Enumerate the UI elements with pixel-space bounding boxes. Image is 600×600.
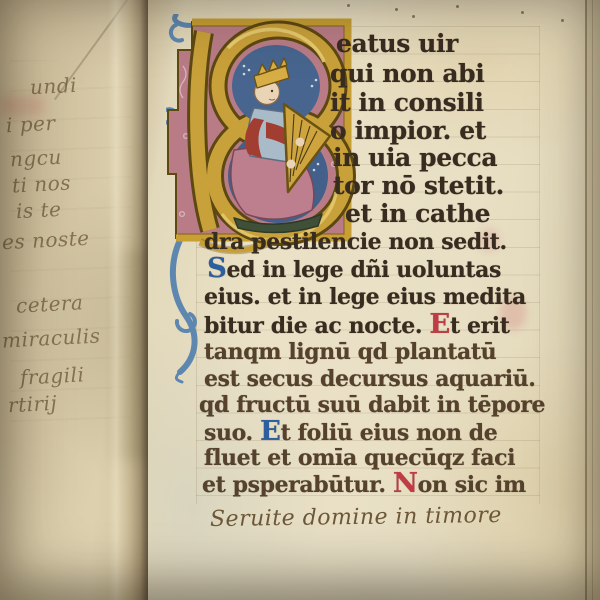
hand [296,138,305,147]
blue-lombard-initial: S [207,252,226,284]
psalm-line: qd fructū suū dabit in tēpore [199,393,545,418]
left-fragment: miraculis [1,323,101,352]
left-fragment: undi [29,73,77,99]
ink-speck [456,5,459,8]
fore-edge-strip [586,0,600,600]
text-segment: tanqm lignū qd plantatū [204,339,496,365]
psalm-line: eius. et in lege eius medita [204,285,526,310]
text-segment: fluet et omīa quecūqz faci [204,445,515,471]
psalm-line: tor nō stetit. [333,172,504,199]
psalm-line: qui non abi [330,60,484,87]
catchword-line: Seruite domine in timore [210,503,502,532]
psalm-line: in uia pecca [333,144,497,171]
text-segment: et in cathe [345,199,490,228]
text-segment: qd fructū suū dabit in tēpore [199,392,545,418]
left-fragment: ngcu [9,145,62,172]
text-segment: ed in lege dñi uoluntas [226,257,500,283]
left-fragment: es noste [1,226,90,255]
text-segment: t erit [450,313,510,339]
ink-speck [395,8,398,11]
text-segment: it in consili [330,88,484,117]
psalm-line: Sed in lege dñi uoluntas [207,256,501,283]
psalm-line: fluet et omīa quecūqz faci [204,446,515,471]
text-segment: t foliū eius non de [281,420,498,446]
psalm-line: dra pestilencie non sedit. [204,230,507,255]
text-segment: et psperabūtur. [202,472,393,498]
text-segment: qui non abi [330,59,484,88]
hand-2 [287,160,296,169]
psalm-line: tanqm lignū qd plantatū [204,340,496,365]
text-segment: o impior. et [330,116,486,145]
text-segment: in uia pecca [333,143,497,172]
left-fragment: rtirij [7,391,57,418]
left-fragment: i per [5,111,56,138]
text-segment: bitur die ac nocte. [204,313,429,339]
ink-speck [412,15,415,18]
psalm-line: it in consili [330,89,484,116]
text-segment: on sic im [418,472,526,498]
red-lombard-initial: N [393,467,418,499]
psalm-line: suo. Et foliū eius non de [204,419,497,446]
text-segment: eatus uir [336,29,458,58]
psalm-line: et psperabūtur. Non sic im [202,471,526,498]
fore-edge-line [585,0,587,600]
psalm-line: est secus decursus aquariū. [204,367,536,392]
psalm-line: o impior. et [330,117,486,144]
left-fragment: ti nos [11,170,71,197]
left-fragment: is te [15,197,62,223]
red-lombard-initial: E [429,308,450,340]
ink-speck [561,19,564,22]
psalm-line: et in cathe [345,200,490,227]
ink-speck [521,11,524,14]
text-segment: dra pestilencie non sedit. [204,229,507,255]
fore-edge-line-2 [592,0,593,600]
blue-lombard-initial: E [260,415,281,447]
ink-speck [347,4,350,7]
text-segment: eius. et in lege eius medita [204,284,526,310]
text-segment: suo. [204,420,260,446]
text-segment: est secus decursus aquariū. [204,366,536,392]
psalm-line: bitur die ac nocte. Et erit [204,312,510,339]
manuscript-photo: eatus uir qui non abi it in consili o im… [0,0,600,600]
left-fragment: cetera [15,290,84,317]
psalm-line: eatus uir [336,30,458,57]
left-fragment: fragili [19,362,85,389]
text-segment: tor nō stetit. [333,171,504,200]
